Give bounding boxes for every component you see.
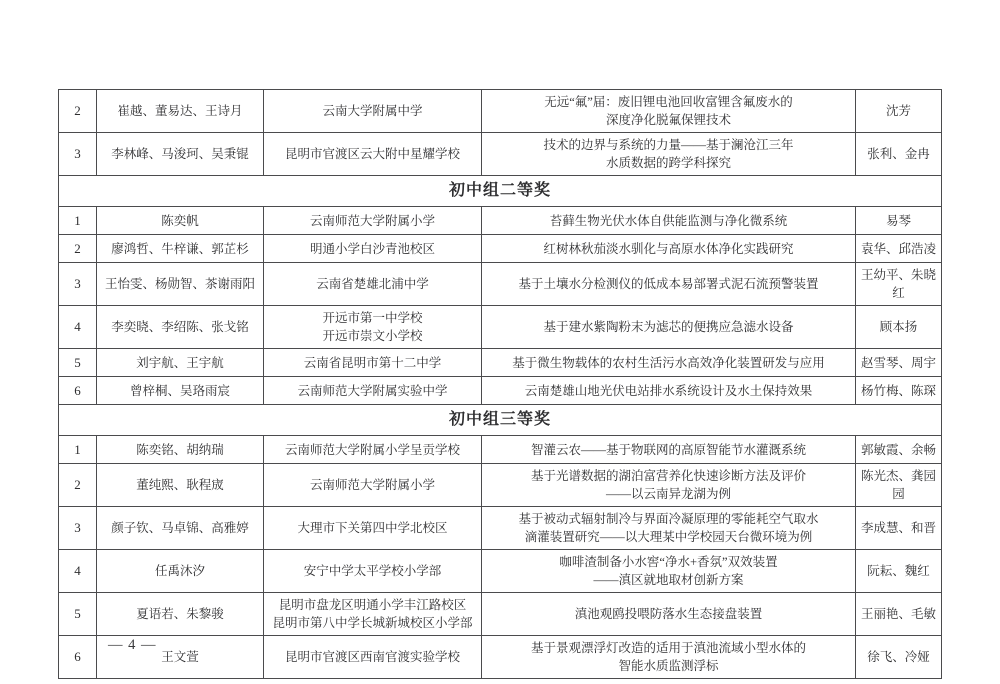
title-line: 红树林秋茄淡水驯化与高原水体净化实践研究: [488, 240, 849, 258]
title-line: 无远“氟”届：废旧锂电池回收富锂含氟废水的: [488, 93, 849, 111]
table-row: 3李林峰、马浚珂、吴秉锟昆明市官渡区云大附中星耀学校技术的边界与系统的力量——基…: [59, 133, 942, 176]
school-line: 云南省昆明市第十二中学: [268, 354, 477, 372]
title-line: ——滇区就地取材创新方案: [488, 571, 849, 589]
cell-advisors: 郭敏霞、余畅: [856, 436, 942, 464]
school-line: 明通小学白沙青池校区: [268, 240, 477, 258]
cell-school: 云南大学附属中学: [264, 90, 482, 133]
title-line: 基于景观漂浮灯改造的适用于滇池流域小型水体的: [488, 639, 849, 657]
cell-title: 滇池观鸥投喂防落水生态接盘装置: [482, 593, 856, 636]
table-row: 1陈奕帆云南师范大学附属小学苔藓生物光伏水体自供能监测与净化微系统易琴: [59, 207, 942, 235]
school-line: 安宁中学太平学校小学部: [268, 562, 477, 580]
school-line: 昆明市盘龙区明通小学丰江路校区: [268, 596, 477, 614]
cell-title: 基于景观漂浮灯改造的适用于滇池流域小型水体的智能水质监测浮标: [482, 636, 856, 679]
title-line: 基于被动式辐射制冷与界面冷凝原理的零能耗空气取水: [488, 510, 849, 528]
title-line: 智能水质监测浮标: [488, 657, 849, 675]
table-row: 6王文萱昆明市官渡区西南官渡实验学校基于景观漂浮灯改造的适用于滇池流域小型水体的…: [59, 636, 942, 679]
school-line: 昆明市官渡区云大附中星耀学校: [268, 145, 477, 163]
school-line: 开远市崇文小学校: [268, 327, 477, 345]
title-line: 云南楚雄山地光伏电站排水系统设计及水土保持效果: [488, 382, 849, 400]
cell-title: 基于建水紫陶粉末为滤芯的便携应急滤水设备: [482, 306, 856, 349]
title-line: 深度净化脱氟保锂技术: [488, 111, 849, 129]
school-line: 云南师范大学附属实验中学: [268, 382, 477, 400]
cell-school: 昆明市官渡区西南官渡实验学校: [264, 636, 482, 679]
cell-advisors: 杨竹梅、陈琛: [856, 377, 942, 405]
cell-number: 4: [59, 306, 97, 349]
cell-number: 6: [59, 377, 97, 405]
cell-number: 5: [59, 349, 97, 377]
title-line: 苔藓生物光伏水体自供能监测与净化微系统: [488, 212, 849, 230]
cell-school: 昆明市盘龙区明通小学丰江路校区昆明市第八中学长城新城校区小学部: [264, 593, 482, 636]
school-line: 昆明市官渡区西南官渡实验学校: [268, 648, 477, 666]
title-line: 基于土壤水分检测仪的低成本易部署式泥石流预警装置: [488, 275, 849, 293]
section-header-row: 初中组三等奖: [59, 405, 942, 436]
title-line: 基于光谱数据的湖泊富营养化快速诊断方法及评价: [488, 467, 849, 485]
cell-advisors: 赵雪琴、周宇: [856, 349, 942, 377]
school-line: 昆明市第八中学长城新城校区小学部: [268, 614, 477, 632]
table-row: 4李奕晓、李绍陈、张戈铭开远市第一中学校开远市崇文小学校基于建水紫陶粉末为滤芯的…: [59, 306, 942, 349]
cell-names: 董纯熙、耿程宬: [97, 464, 264, 507]
table-row: 2崔越、董易达、王诗月云南大学附属中学无远“氟”届：废旧锂电池回收富锂含氟废水的…: [59, 90, 942, 133]
cell-school: 昆明市官渡区云大附中星耀学校: [264, 133, 482, 176]
cell-title: 苔藓生物光伏水体自供能监测与净化微系统: [482, 207, 856, 235]
cell-school: 安宁中学太平学校小学部: [264, 550, 482, 593]
cell-number: 1: [59, 207, 97, 235]
title-line: 技术的边界与系统的力量——基于澜沧江三年: [488, 136, 849, 154]
cell-advisors: 张利、金冉: [856, 133, 942, 176]
title-line: 水质数据的跨学科探究: [488, 154, 849, 172]
cell-advisors: 阮耘、魏红: [856, 550, 942, 593]
cell-school: 云南省楚雄北浦中学: [264, 263, 482, 306]
cell-school: 明通小学白沙青池校区: [264, 235, 482, 263]
title-line: 基于建水紫陶粉末为滤芯的便携应急滤水设备: [488, 318, 849, 336]
table-row: 4任禹沐汐安宁中学太平学校小学部咖啡渣制备小水窖“净水+香氛”双效装置——滇区就…: [59, 550, 942, 593]
cell-number: 5: [59, 593, 97, 636]
cell-school: 云南师范大学附属小学呈贡学校: [264, 436, 482, 464]
school-line: 开远市第一中学校: [268, 309, 477, 327]
cell-names: 王怡雯、杨勋智、茶谢雨阳: [97, 263, 264, 306]
cell-number: 6: [59, 636, 97, 679]
cell-advisors: 陈光杰、龚园园: [856, 464, 942, 507]
table-row: 3王怡雯、杨勋智、茶谢雨阳云南省楚雄北浦中学基于土壤水分检测仪的低成本易部署式泥…: [59, 263, 942, 306]
table-row: 1陈奕铭、胡纳瑞云南师范大学附属小学呈贡学校智灌云农——基于物联网的高原智能节水…: [59, 436, 942, 464]
cell-names: 陈奕铭、胡纳瑞: [97, 436, 264, 464]
title-line: ——以云南异龙湖为例: [488, 485, 849, 503]
award-table-body: 2崔越、董易达、王诗月云南大学附属中学无远“氟”届：废旧锂电池回收富锂含氟废水的…: [59, 90, 942, 679]
cell-title: 基于微生物载体的农村生活污水高效净化装置研发与应用: [482, 349, 856, 377]
cell-title: 红树林秋茄淡水驯化与高原水体净化实践研究: [482, 235, 856, 263]
cell-names: 刘宇航、王宇航: [97, 349, 264, 377]
cell-school: 云南师范大学附属小学: [264, 464, 482, 507]
school-line: 大理市下关第四中学北校区: [268, 519, 477, 537]
section-header: 初中组二等奖: [59, 176, 942, 207]
cell-school: 云南师范大学附属小学: [264, 207, 482, 235]
document-page: 2崔越、董易达、王诗月云南大学附属中学无远“氟”届：废旧锂电池回收富锂含氟废水的…: [0, 0, 1000, 684]
school-line: 云南师范大学附属小学: [268, 476, 477, 494]
cell-names: 李林峰、马浚珂、吴秉锟: [97, 133, 264, 176]
section-header-row: 初中组二等奖: [59, 176, 942, 207]
title-line: 智灌云农——基于物联网的高原智能节水灌溉系统: [488, 441, 849, 459]
cell-title: 智灌云农——基于物联网的高原智能节水灌溉系统: [482, 436, 856, 464]
page-number: — 4 —: [108, 637, 157, 654]
cell-names: 陈奕帆: [97, 207, 264, 235]
cell-number: 3: [59, 263, 97, 306]
cell-title: 咖啡渣制备小水窖“净水+香氛”双效装置——滇区就地取材创新方案: [482, 550, 856, 593]
table-row: 5刘宇航、王宇航云南省昆明市第十二中学基于微生物载体的农村生活污水高效净化装置研…: [59, 349, 942, 377]
school-line: 云南师范大学附属小学: [268, 212, 477, 230]
cell-title: 基于被动式辐射制冷与界面冷凝原理的零能耗空气取水滴灌装置研究——以大理某中学校园…: [482, 507, 856, 550]
cell-names: 李奕晓、李绍陈、张戈铭: [97, 306, 264, 349]
cell-school: 大理市下关第四中学北校区: [264, 507, 482, 550]
award-table: 2崔越、董易达、王诗月云南大学附属中学无远“氟”届：废旧锂电池回收富锂含氟废水的…: [58, 89, 942, 679]
cell-names: 廖鸿哲、牛梓谦、郭芷杉: [97, 235, 264, 263]
cell-number: 3: [59, 507, 97, 550]
table-row: 3颜子钦、马卓锦、高雅婷大理市下关第四中学北校区基于被动式辐射制冷与界面冷凝原理…: [59, 507, 942, 550]
table-row: 2董纯熙、耿程宬云南师范大学附属小学基于光谱数据的湖泊富营养化快速诊断方法及评价…: [59, 464, 942, 507]
cell-number: 4: [59, 550, 97, 593]
cell-number: 2: [59, 235, 97, 263]
title-line: 基于微生物载体的农村生活污水高效净化装置研发与应用: [488, 354, 849, 372]
cell-number: 2: [59, 90, 97, 133]
cell-advisors: 易琴: [856, 207, 942, 235]
cell-advisors: 袁华、邱浩凌: [856, 235, 942, 263]
cell-advisors: 徐飞、冷娅: [856, 636, 942, 679]
cell-school: 云南师范大学附属实验中学: [264, 377, 482, 405]
title-line: 滴灌装置研究——以大理某中学校园天台微环境为例: [488, 528, 849, 546]
cell-advisors: 王丽艳、毛敏: [856, 593, 942, 636]
cell-advisors: 顾本扬: [856, 306, 942, 349]
title-line: 咖啡渣制备小水窖“净水+香氛”双效装置: [488, 553, 849, 571]
cell-advisors: 李成慧、和晋: [856, 507, 942, 550]
cell-number: 3: [59, 133, 97, 176]
cell-names: 崔越、董易达、王诗月: [97, 90, 264, 133]
school-line: 云南省楚雄北浦中学: [268, 275, 477, 293]
school-line: 云南大学附属中学: [268, 102, 477, 120]
cell-title: 云南楚雄山地光伏电站排水系统设计及水土保持效果: [482, 377, 856, 405]
cell-school: 开远市第一中学校开远市崇文小学校: [264, 306, 482, 349]
table-row: 5夏语若、朱黎骏昆明市盘龙区明通小学丰江路校区昆明市第八中学长城新城校区小学部滇…: [59, 593, 942, 636]
cell-title: 基于土壤水分检测仪的低成本易部署式泥石流预警装置: [482, 263, 856, 306]
section-header: 初中组三等奖: [59, 405, 942, 436]
table-row: 6曾梓桐、吴珞雨宸云南师范大学附属实验中学云南楚雄山地光伏电站排水系统设计及水土…: [59, 377, 942, 405]
cell-names: 任禹沐汐: [97, 550, 264, 593]
table-row: 2廖鸿哲、牛梓谦、郭芷杉明通小学白沙青池校区红树林秋茄淡水驯化与高原水体净化实践…: [59, 235, 942, 263]
cell-names: 夏语若、朱黎骏: [97, 593, 264, 636]
cell-title: 基于光谱数据的湖泊富营养化快速诊断方法及评价——以云南异龙湖为例: [482, 464, 856, 507]
cell-school: 云南省昆明市第十二中学: [264, 349, 482, 377]
cell-title: 无远“氟”届：废旧锂电池回收富锂含氟废水的深度净化脱氟保锂技术: [482, 90, 856, 133]
cell-names: 曾梓桐、吴珞雨宸: [97, 377, 264, 405]
cell-number: 2: [59, 464, 97, 507]
cell-number: 1: [59, 436, 97, 464]
cell-names: 颜子钦、马卓锦、高雅婷: [97, 507, 264, 550]
school-line: 云南师范大学附属小学呈贡学校: [268, 441, 477, 459]
cell-advisors: 沈芳: [856, 90, 942, 133]
title-line: 滇池观鸥投喂防落水生态接盘装置: [488, 605, 849, 623]
cell-advisors: 王幼平、朱晓红: [856, 263, 942, 306]
cell-title: 技术的边界与系统的力量——基于澜沧江三年水质数据的跨学科探究: [482, 133, 856, 176]
